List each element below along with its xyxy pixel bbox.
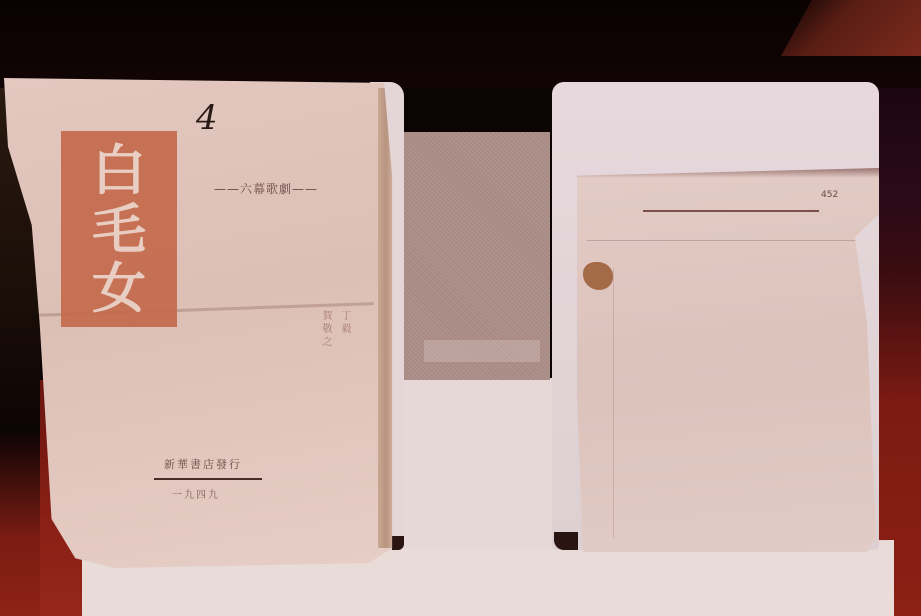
- credit-line: 賀敬之: [318, 310, 333, 349]
- handwritten-number: 4: [196, 98, 218, 138]
- right-easel-slot: [554, 532, 578, 550]
- publisher: 新華書店發行: [164, 456, 242, 472]
- faint-rule: [587, 240, 867, 241]
- publisher-rule: [154, 478, 262, 480]
- title-char: 毛: [92, 202, 146, 256]
- display-stand-center: [402, 378, 552, 548]
- brown-stain: [583, 262, 613, 290]
- title-char: 女: [92, 261, 146, 315]
- museum-display-scene: 4 白 毛 女 ——六幕歌劇—— 賀敬之 丁毅 新華書店發行 一九四九 452: [0, 0, 921, 616]
- book-cover-white-haired-girl: 4 白 毛 女 ——六幕歌劇—— 賀敬之 丁毅 新華書店發行 一九四九: [4, 78, 400, 568]
- author-credits: 賀敬之 丁毅: [318, 310, 348, 349]
- credit-line: 丁毅: [337, 310, 352, 349]
- subtitle: ——六幕歌劇——: [214, 180, 318, 197]
- dark-backdrop: [0, 0, 921, 88]
- title-block: 白 毛 女: [61, 131, 177, 327]
- title-char: 白: [92, 143, 146, 197]
- page-mark: 452: [821, 190, 838, 200]
- left-easel-slot: [392, 536, 404, 550]
- fabric-backing-panel: [404, 132, 550, 380]
- publication-date: 一九四九: [172, 486, 220, 501]
- faint-reflection: [424, 340, 540, 362]
- header-rule: [643, 210, 819, 212]
- book-page-worn: 452: [577, 168, 879, 552]
- margin-line: [613, 268, 614, 538]
